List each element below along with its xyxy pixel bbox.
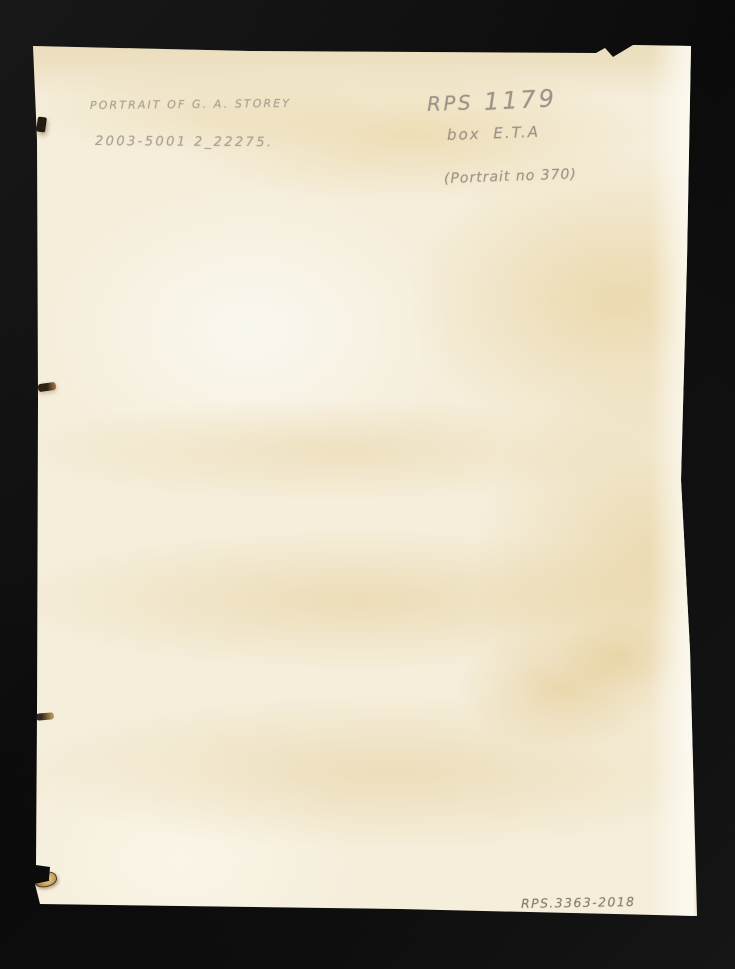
photograph-verso-paper: PORTRAIT OF G. A. STOREY 2003-5001 2_222…	[0, 0, 735, 969]
black-backdrop: PORTRAIT OF G. A. STOREY 2003-5001 2_222…	[0, 0, 735, 969]
paper-edge-highlight	[650, 44, 694, 920]
collection-code-annotation: RPS	[427, 90, 474, 116]
collection-number-annotation: 1179	[483, 84, 557, 116]
accession-number-annotation: RPS.3363-2018	[521, 894, 636, 911]
box-label-annotation: box E.T.A	[447, 123, 541, 144]
title-annotation: PORTRAIT OF G. A. STOREY	[90, 97, 291, 112]
negative-number-annotation: 2003-5001 2_22275.	[95, 134, 274, 150]
